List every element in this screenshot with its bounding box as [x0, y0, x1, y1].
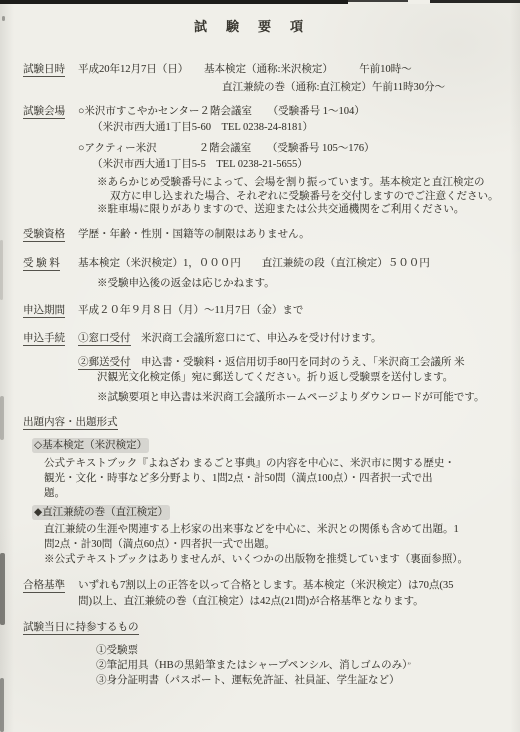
scan-artifact-left-blotch — [0, 553, 5, 625]
application-period-text: 平成２０年９月８日（月）～11月7日（金）まで — [78, 303, 303, 318]
fee-label-text: 受 験 料 — [23, 258, 60, 271]
scan-artifact-left-blotch — [0, 240, 3, 300]
procedure-item2-text1: 申込書・受験料・返信用切手80円を同封のうえ、「米沢商工会議所 米 — [131, 357, 465, 368]
scan-artifact-top-edge-thick — [0, 0, 348, 4]
procedure-label: 申込手続 — [23, 331, 65, 346]
venue-note1-line1: ※あらかじめ受験番号によって、会場を割り振っています。基本検定と直江検定の — [97, 175, 484, 190]
exam-datetime-label: 試験日時 — [23, 62, 65, 77]
exam-datetime-label-text: 試験日時 — [23, 64, 65, 77]
procedure-item1: ①窓口受付 米沢商工会議所窓口にて、申込みを受け付けます。 — [78, 331, 381, 346]
naoe-exam-line2: 問2点・計30問（満点60点）・四者択一式で出題。 — [44, 537, 275, 552]
basic-exam-line1: 公式テキストブック『よねざわ まるごと事典』の内容を中心に、米沢市に関する歴史・ — [44, 456, 455, 471]
venue-note2: ※駐車場に限りがありますので、送迎または公共交通機関をご利用ください。 — [97, 202, 464, 217]
eligibility-label: 受験資格 — [23, 227, 65, 242]
exam-datetime-line2: 直江兼続の巻（通称:直江検定）午前11時30分～ — [222, 80, 445, 95]
scan-artifact-quote-mark: ” — [407, 661, 411, 670]
naoe-exam-note: ※公式テキストブックはありませんが、いくつかの出版物を推奨しています（裏面参照）… — [44, 552, 468, 567]
procedure-item1-text: 米沢商工会議所窓口にて、申込みを受け付けます。 — [131, 333, 382, 344]
venue2-name: ○アクティー米沢 ２階会議室 （受験番号 105～176） — [78, 141, 375, 156]
bring-heading-text: 試験当日に持参するもの — [23, 622, 139, 635]
basic-exam-head-text: ◇基本検定（米沢検定） — [34, 440, 147, 451]
procedure-label-text: 申込手続 — [23, 333, 65, 346]
basic-exam-line2: 観光・文化・時事など多分野より、1問2点・計50問（満点100点）・四者択一式で… — [44, 471, 433, 486]
fee-note: ※受験申込後の返金は応じかねます。 — [97, 276, 275, 291]
venue-label-text: 試験会場 — [23, 106, 65, 119]
page-title: 試 験 要 項 — [0, 19, 500, 34]
passing-line1: いずれも7割以上の正答を以って合格とします。基本検定（米沢検定）は70点(35 — [78, 578, 453, 593]
scan-artifact-top-gap — [408, 0, 430, 4]
bring-item2: ②筆記用具（HBの黒鉛筆またはシャープペンシル、消しゴムのみ）” — [96, 658, 411, 673]
naoe-exam-head-text: ◆直江兼続の巻（直江検定） — [34, 507, 168, 518]
procedure-item2-text2: 沢観光文化検定係」宛に郵送してください。折り返し受験票を送付します。 — [97, 370, 453, 385]
passing-line2: 問)以上、直江兼続の巻（直江検定）は42点(21問)が合格基準となります。 — [78, 594, 424, 609]
venue1-name: ○米沢市すこやかセンター２階会議室 （受験番号 1～104） — [78, 104, 365, 119]
naoe-exam-line1: 直江兼続の生涯や関連する上杉家の出来事などを中心に、米沢との関係も含めて出題。1 — [44, 522, 459, 537]
venue-label: 試験会場 — [23, 104, 65, 119]
procedure-item2-head: ②郵送受付 — [78, 357, 131, 370]
exam-datetime-line1: 平成20年12月7日（日） 基本検定（通称:米沢検定） 午前10時～ — [78, 62, 412, 77]
venue1-address: （米沢市西大通1丁目5-60 TEL 0238-24-8181） — [92, 120, 313, 135]
procedure-note: ※試験要項と申込書は米沢商工会議所ホームページよりダウンロードが可能です。 — [97, 390, 484, 405]
fee-text: 基本検定（米沢検定）1，０００円 直江兼続の段（直江検定）５００円 — [78, 256, 430, 271]
application-period-label: 申込期間 — [23, 303, 65, 318]
application-period-label-text: 申込期間 — [23, 305, 65, 318]
procedure-item2: ②郵送受付 申込書・受験料・返信用切手80円を同封のうえ、「米沢商工会議所 米 — [78, 355, 465, 370]
scanned-exam-guidelines-document: 試 験 要 項 試験日時 平成20年12月7日（日） 基本検定（通称:米沢検定）… — [0, 0, 520, 732]
scan-artifact-top-edge-right — [430, 0, 520, 3]
bring-item3: ③身分証明書（パスポート、運転免許証、社員証、学生証など） — [96, 673, 400, 688]
basic-exam-head: ◇基本検定（米沢検定） — [34, 438, 147, 453]
eligibility-text: 学歴・年齢・性別・国籍等の制限はありません。 — [78, 227, 310, 242]
eligibility-label-text: 受験資格 — [23, 229, 65, 242]
scan-artifact-left-blotch — [0, 678, 4, 732]
passing-label: 合格基準 — [23, 578, 65, 593]
format-heading: 出題内容・出題形式 — [23, 415, 118, 430]
scan-artifact-left-blotch — [0, 396, 4, 440]
naoe-exam-head: ◆直江兼続の巻（直江検定） — [34, 505, 168, 520]
bring-heading: 試験当日に持参するもの — [23, 620, 139, 635]
bring-item1: ①受験票 — [96, 643, 138, 658]
procedure-item1-head: ①窓口受付 — [78, 333, 131, 346]
format-heading-text: 出題内容・出題形式 — [23, 417, 118, 430]
venue2-address: （米沢市西大通1丁目5-5 TEL 0238-21-5655） — [92, 157, 308, 172]
basic-exam-line3: 題。 — [44, 486, 65, 501]
fee-label: 受 験 料 — [23, 256, 60, 271]
bring-item2-text: ②筆記用具（HBの黒鉛筆またはシャープペンシル、消しゴムのみ） — [96, 660, 407, 671]
passing-label-text: 合格基準 — [23, 580, 65, 593]
